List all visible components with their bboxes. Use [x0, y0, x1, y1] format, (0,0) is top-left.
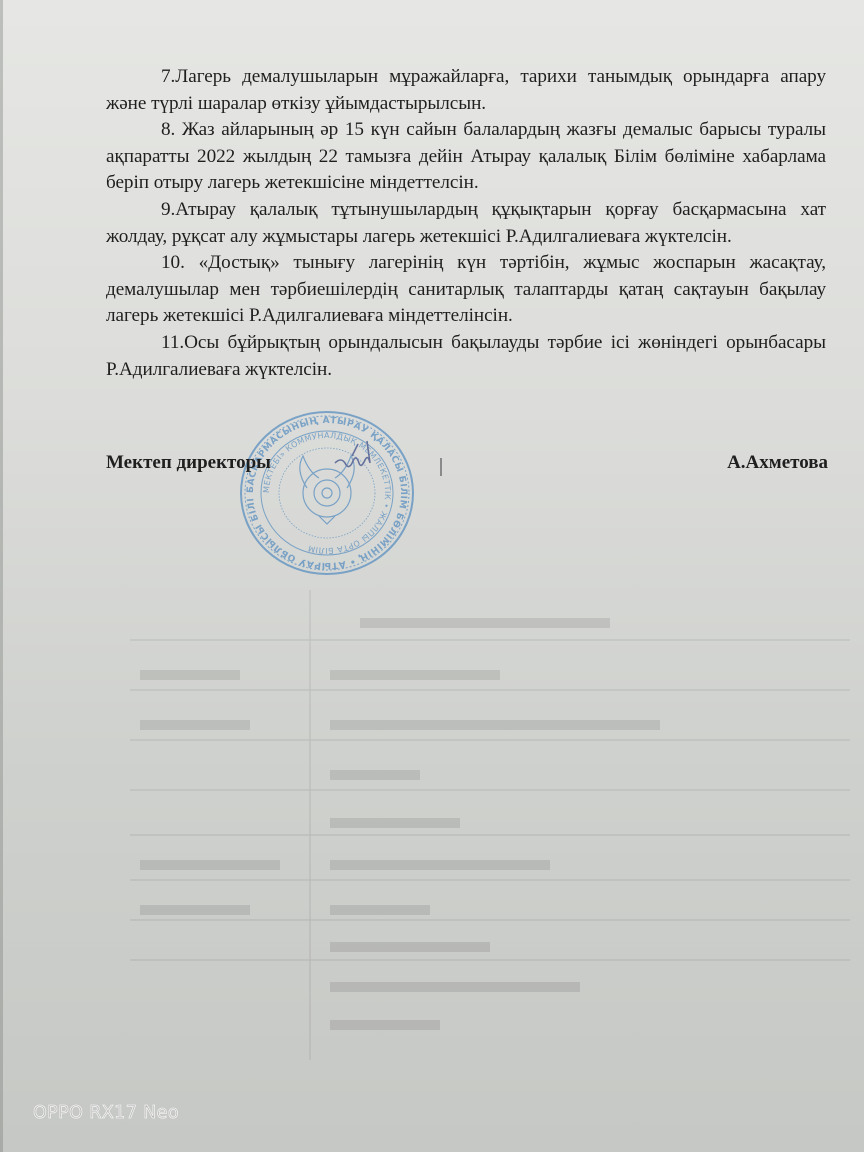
paragraph-7: 7.Лагерь демалушыларын мұражайларға, тар…: [106, 64, 826, 117]
paragraph-8: 8. Жаз айларының әр 15 күн сайын балалар…: [106, 117, 826, 197]
page-edge-shadow: [0, 0, 3, 1152]
camera-watermark: OPPO RX17 Neo: [33, 1103, 179, 1123]
pen-mark: [440, 458, 442, 476]
signature-block: Мектеп директоры А.Ахметова: [106, 452, 828, 482]
paragraph-10: 10. «Достық» тынығу лагерінің күн тәртіб…: [106, 250, 826, 330]
reverse-side-bleed-through: [130, 500, 850, 1100]
paragraph-9: 9.Атырау қалалық тұтынушылардың құқықтар…: [106, 197, 826, 250]
official-seal-stamp: БАСҚАРМАСЫНЫҢ АТЫРАУ ҚАЛАСЫ БІЛІМ БӨЛІМІ…: [237, 408, 417, 578]
document-body: 7.Лагерь демалушыларын мұражайларға, тар…: [106, 64, 826, 383]
svg-text:МЕКТЕБІ» КОММУНАЛДЫҚ МЕМЛЕКЕТТ: МЕКТЕБІ» КОММУНАЛДЫҚ МЕМЛЕКЕТТІК • ЖАЛПЫ…: [262, 431, 392, 555]
paragraph-11: 11.Осы бұйрықтың орындалысын бақылауды т…: [106, 330, 826, 383]
signatory-title: Мектеп директоры: [106, 452, 271, 474]
signatory-name: А.Ахметова: [727, 452, 828, 474]
